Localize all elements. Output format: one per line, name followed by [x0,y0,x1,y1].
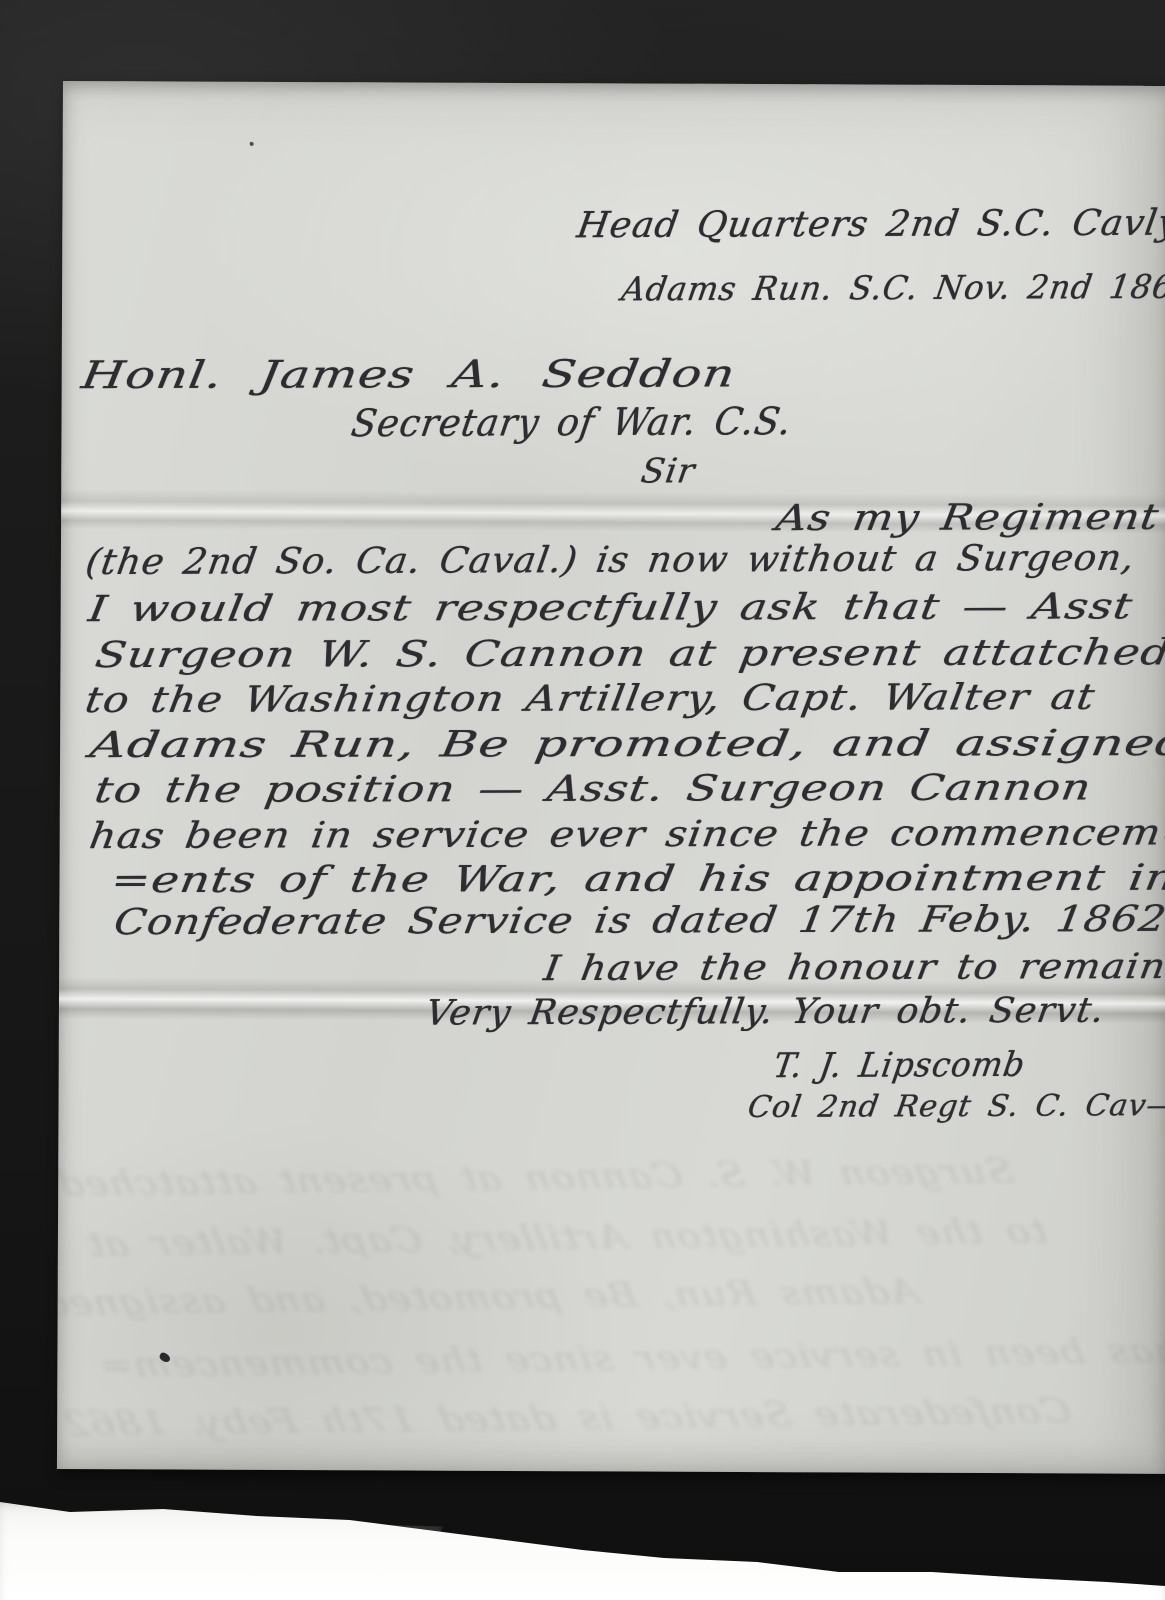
body-line-1: (the 2nd So. Ca. Caval.) is now without … [83,538,1138,583]
recipient-title: Secretary of War. C.S. [348,399,795,445]
letter-paper: Head Quarters 2nd S.C. Cavly Adams Run. … [57,81,1165,1474]
bleedthrough-line: Confederate Service is dated 17th Feby. … [59,1391,1075,1445]
scanned-letter-photo: Head Quarters 2nd S.C. Cavly Adams Run. … [0,0,1165,1600]
body-line-6: to the position — Asst. Surgeon Cannon [92,768,1095,812]
body-line-9: Confederate Service is dated 17th Feby. … [111,899,1165,943]
signature-name: T. J. Lipscomb [771,1045,1028,1086]
bleedthrough-line: to the Washington Artillery, Capt. Walte… [83,1212,1051,1265]
body-opening: As my Regiment [773,497,1162,539]
bleedthrough-line: Surgeon W. S. Cannon at present attatche… [57,1151,1017,1204]
body-line-4: to the Washington Artillery, Capt. Walte… [82,677,1098,721]
body-line-7: has been in service ever since the comme… [87,812,1165,857]
recipient-name: Honl. James A. Seddon [79,352,739,398]
salutation: Sir [638,451,698,491]
signature-rank: Col 2nd Regt S. C. Cav— [745,1088,1165,1125]
heading-line-2: Adams Run. S.C. Nov. 2nd 1864. [619,267,1165,309]
closing-line-2: Very Respectfully. Your obt. Servt. [423,991,1108,1034]
bleedthrough-line: has been in service ever since the comme… [95,1331,1165,1386]
body-line-8: =ents of the War, and his appointment in [108,858,1165,902]
heading-line-1: Head Quarters 2nd S.C. Cavly [574,203,1165,247]
bleedthrough-line: Adams Run, Be promoted, and assigned [57,1272,922,1324]
closing-line-1: I have the honour to remain [541,947,1165,989]
body-line-3: Surgeon W. S. Cannon at present attatche… [92,632,1165,676]
ink-speck [250,142,254,146]
body-line-2: I would most respectfully ask that — Ass… [86,586,1136,630]
body-line-5: Adams Run, Be promoted, and assigned [87,723,1165,766]
